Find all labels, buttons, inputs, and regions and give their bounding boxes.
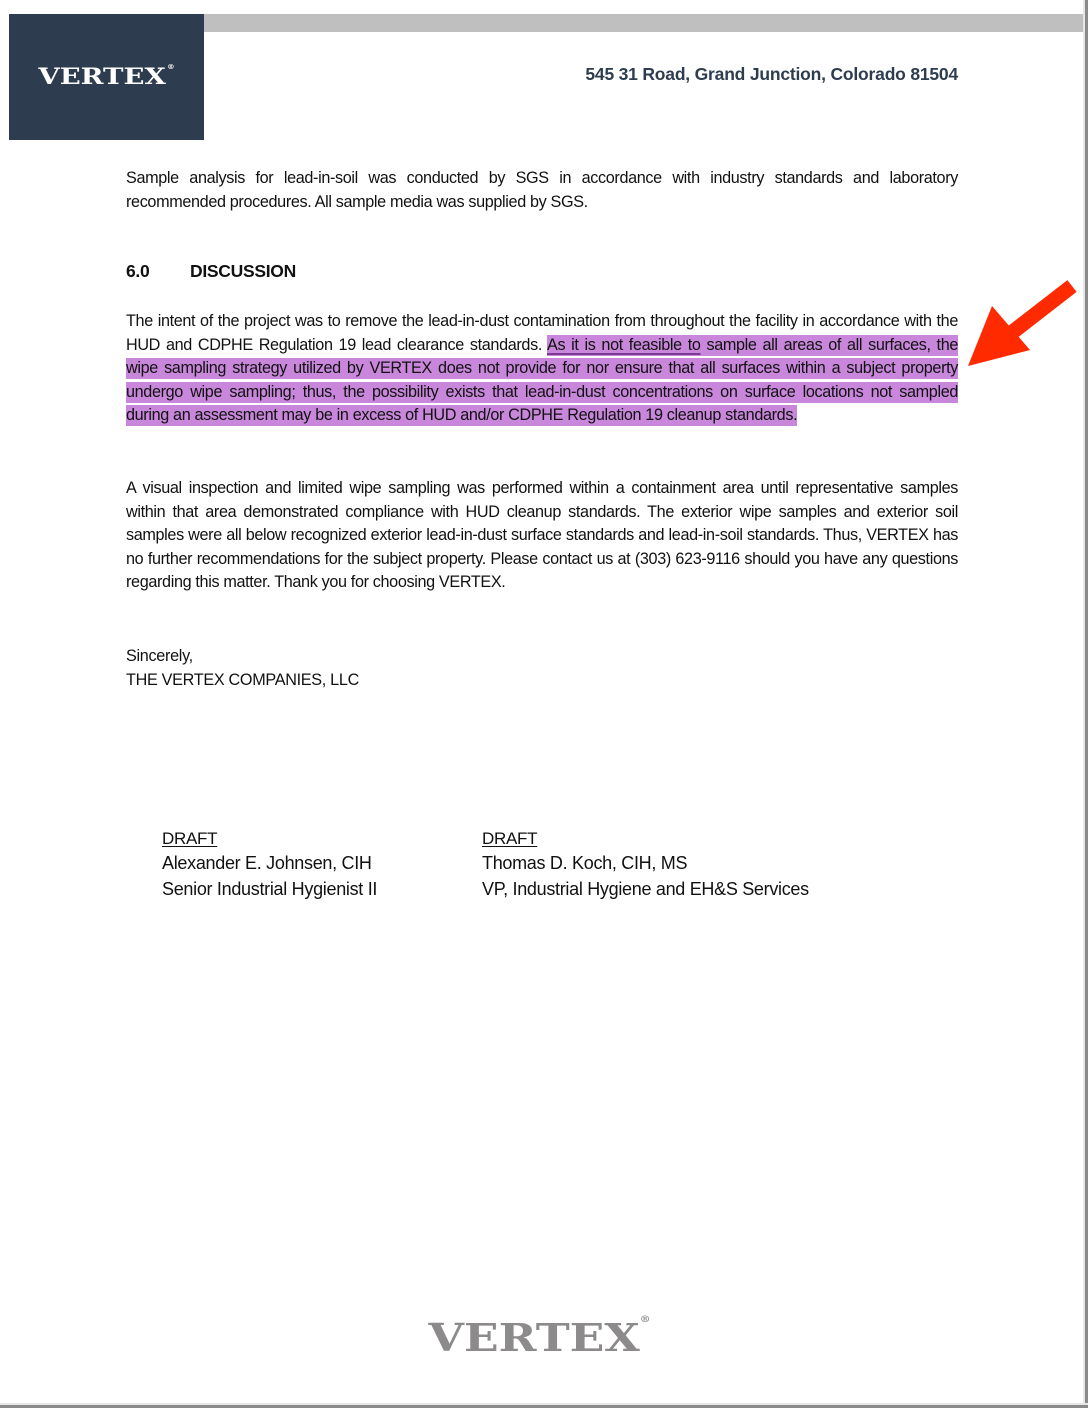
highlighted-text[interactable]: As it is not feasible to (547, 335, 701, 356)
signature-block-right: DRAFT Thomas D. Koch, CIH, MS VP, Indust… (482, 826, 809, 902)
section-number: 6.0 (126, 261, 190, 282)
vertex-logo-icon: VERTEX® (38, 64, 174, 90)
section-heading: 6.0DISCUSSION (126, 261, 296, 282)
vertex-footer-logo-icon: VERTEX® (429, 1315, 651, 1360)
closing-block: Sincerely, THE VERTEX COMPANIES, LLC (126, 644, 359, 692)
paragraph-visual-inspection: A visual inspection and limited wipe sam… (126, 477, 958, 595)
signer-title: Senior Industrial Hygienist II (162, 876, 377, 902)
section-title: DISCUSSION (190, 261, 296, 281)
signer-name: Alexander E. Johnsen, CIH (162, 850, 377, 876)
red-arrow-icon (960, 278, 1080, 373)
signer-name: Thomas D. Koch, CIH, MS (482, 850, 809, 876)
signature-block-left: DRAFT Alexander E. Johnsen, CIH Senior I… (162, 826, 377, 902)
company-name: THE VERTEX COMPANIES, LLC (126, 668, 359, 692)
paragraph-discussion-intent: The intent of the project was to remove … (126, 310, 958, 428)
paragraph-sample-analysis: Sample analysis for lead-in-soil was con… (126, 167, 958, 214)
footer-logo: VERTEX® (405, 1316, 675, 1358)
header-logo: VERTEX® (9, 14, 204, 140)
salutation: Sincerely, (126, 644, 359, 668)
header-address: 545 31 Road, Grand Junction, Colorado 81… (585, 64, 958, 85)
draft-label: DRAFT (482, 826, 809, 850)
signer-title: VP, Industrial Hygiene and EH&S Services (482, 876, 809, 902)
draft-label: DRAFT (162, 826, 377, 850)
header-bar (204, 14, 1083, 32)
